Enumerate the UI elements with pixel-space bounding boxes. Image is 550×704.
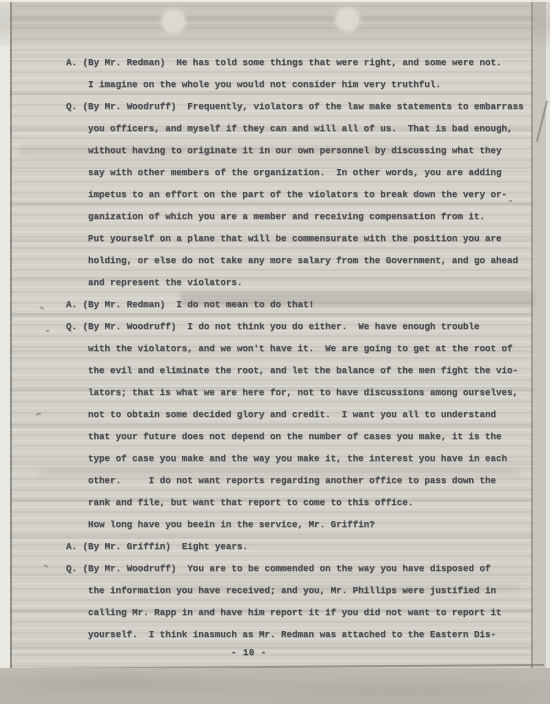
text-line: and represent the violators. — [66, 272, 536, 294]
text-line: you officers, and myself if they can and… — [66, 118, 536, 140]
text-line: Q. (By Mr. Woodruff) You are to be comme… — [66, 558, 536, 580]
text-line: impetus to an effort on the part of the … — [66, 184, 536, 206]
text-line: without having to originate it in our ow… — [66, 140, 536, 162]
text-line: Q. (By Mr. Woodruff) I do not think you … — [66, 316, 536, 338]
scanner-edge-bottom — [0, 668, 550, 704]
text-line: the evil and eliminate the root, and let… — [66, 360, 536, 382]
page-edge-top — [0, 0, 550, 2]
text-line: not to obtain some decided glory and cre… — [66, 404, 536, 426]
scan-artifact-speck — [509, 200, 512, 202]
page-number: - 10 - — [231, 642, 266, 664]
page-edge-left — [10, 0, 12, 670]
hole-punch-right — [337, 9, 358, 30]
text-line: A. (By Mr. Redman) I do not mean to do t… — [66, 294, 536, 316]
text-line: rank and file, but want that report to c… — [66, 492, 536, 514]
text-line: How long have you beein in the service, … — [66, 514, 536, 536]
text-line: A. (By Mr. Griffin) Eight years. — [66, 536, 536, 558]
text-line: say with other members of the organizati… — [66, 162, 536, 184]
scan-shadow-top — [0, 0, 550, 46]
text-line: Q. (By Mr. Woodruff) Frequently, violato… — [66, 96, 536, 118]
text-line: Put yourself on a plane that will be com… — [66, 228, 536, 250]
scan-artifact-speck — [46, 330, 49, 332]
text-line: type of case you make and the way you ma… — [66, 448, 536, 470]
text-line: the information you have received; and y… — [66, 580, 536, 602]
text-line: lators; that is what we are here for, no… — [66, 382, 536, 404]
text-line: yourself. I think inasmuch as Mr. Redman… — [66, 624, 536, 646]
text-line: I imagine on the whole you would not con… — [66, 74, 536, 96]
scanner-edge-right-sliver — [546, 0, 550, 704]
text-line: other. I do not want reports regarding a… — [66, 470, 536, 492]
text-line: calling Mr. Rapp in and have him report … — [66, 602, 536, 624]
text-line: ganization of which you are a member and… — [66, 206, 536, 228]
text-line: holding, or else do not take any more sa… — [66, 250, 536, 272]
text-line: that your future does not depend on the … — [66, 426, 536, 448]
scanner-edge-left — [0, 0, 10, 704]
hole-punch-left — [163, 11, 184, 32]
document-text: A. (By Mr. Redman) He has told some thin… — [66, 52, 536, 646]
scanned-document-page: A. (By Mr. Redman) He has told some thin… — [0, 0, 550, 704]
text-line: A. (By Mr. Redman) He has told some thin… — [66, 52, 536, 74]
text-line: with the violators, and we won't have it… — [66, 338, 536, 360]
